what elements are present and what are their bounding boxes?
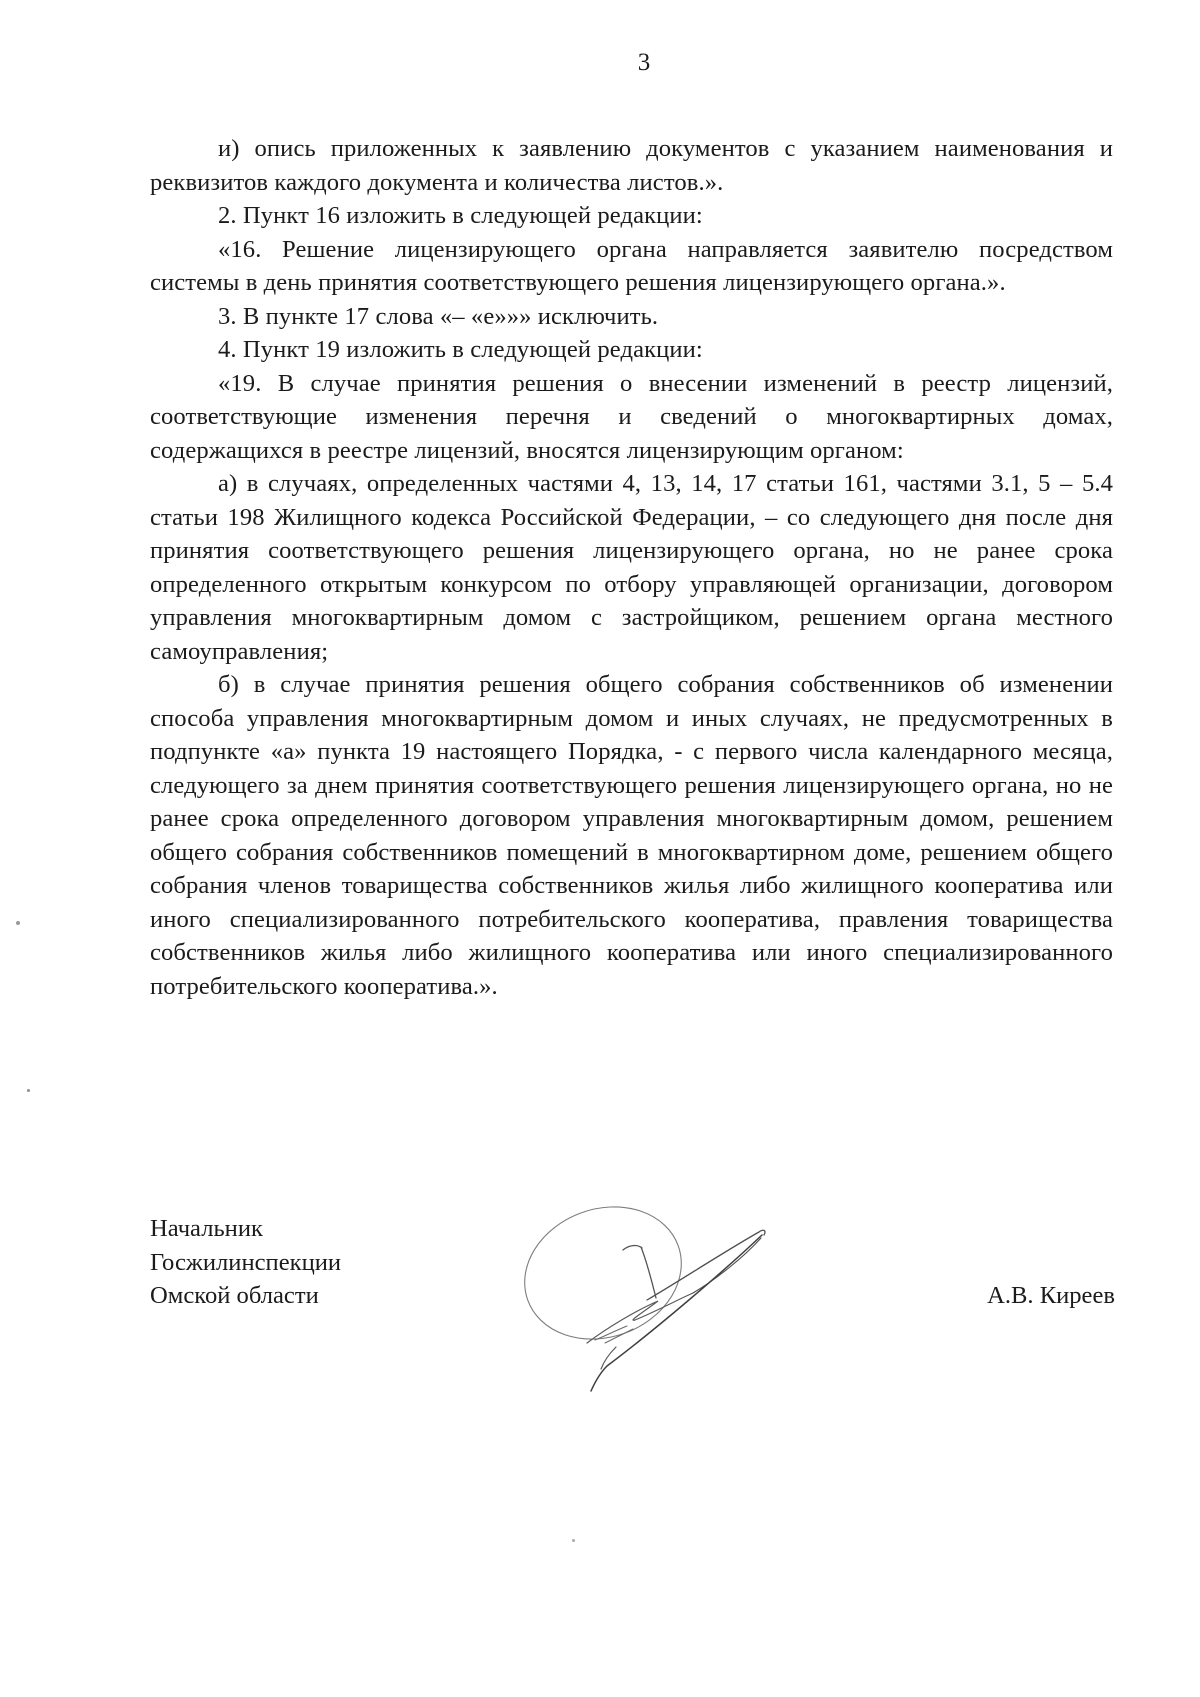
paragraph-quote-16: «16. Решение лицензирующего органа напра… (150, 233, 1113, 300)
scan-speck (27, 1089, 30, 1092)
document-page: 3 и) опись приложенных к заявлению докум… (0, 0, 1200, 1697)
paragraph-subitem-a: а) в случаях, определенных частями 4, 13… (150, 467, 1113, 668)
scan-speck (572, 1539, 575, 1542)
signer-position-line-2: Госжилинспекции (150, 1246, 341, 1280)
page-number: 3 (638, 49, 651, 77)
paragraph-point-2: 2. Пункт 16 изложить в следующей редакци… (150, 199, 1113, 233)
paragraph-point-4: 4. Пункт 19 изложить в следующей редакци… (150, 333, 1113, 367)
paragraph-subitem-b: б) в случае принятия решения общего собр… (150, 668, 1113, 1003)
handwritten-signature-icon (495, 1190, 815, 1410)
signer-position: Начальник Госжилинспекции Омской области (150, 1212, 341, 1313)
signer-position-line-3: Омской области (150, 1279, 341, 1313)
signer-name: А.В. Киреев (987, 1279, 1115, 1313)
paragraph-subitem-i: и) опись приложенных к заявлению докумен… (150, 132, 1113, 199)
paragraph-point-3: 3. В пункте 17 слова «– «е»»» исключить. (150, 300, 1113, 334)
signer-position-line-1: Начальник (150, 1212, 341, 1246)
paragraph-quote-19: «19. В случае принятия решения о внесени… (150, 367, 1113, 468)
document-body: и) опись приложенных к заявлению докумен… (150, 132, 1113, 1003)
scan-speck (16, 921, 20, 925)
